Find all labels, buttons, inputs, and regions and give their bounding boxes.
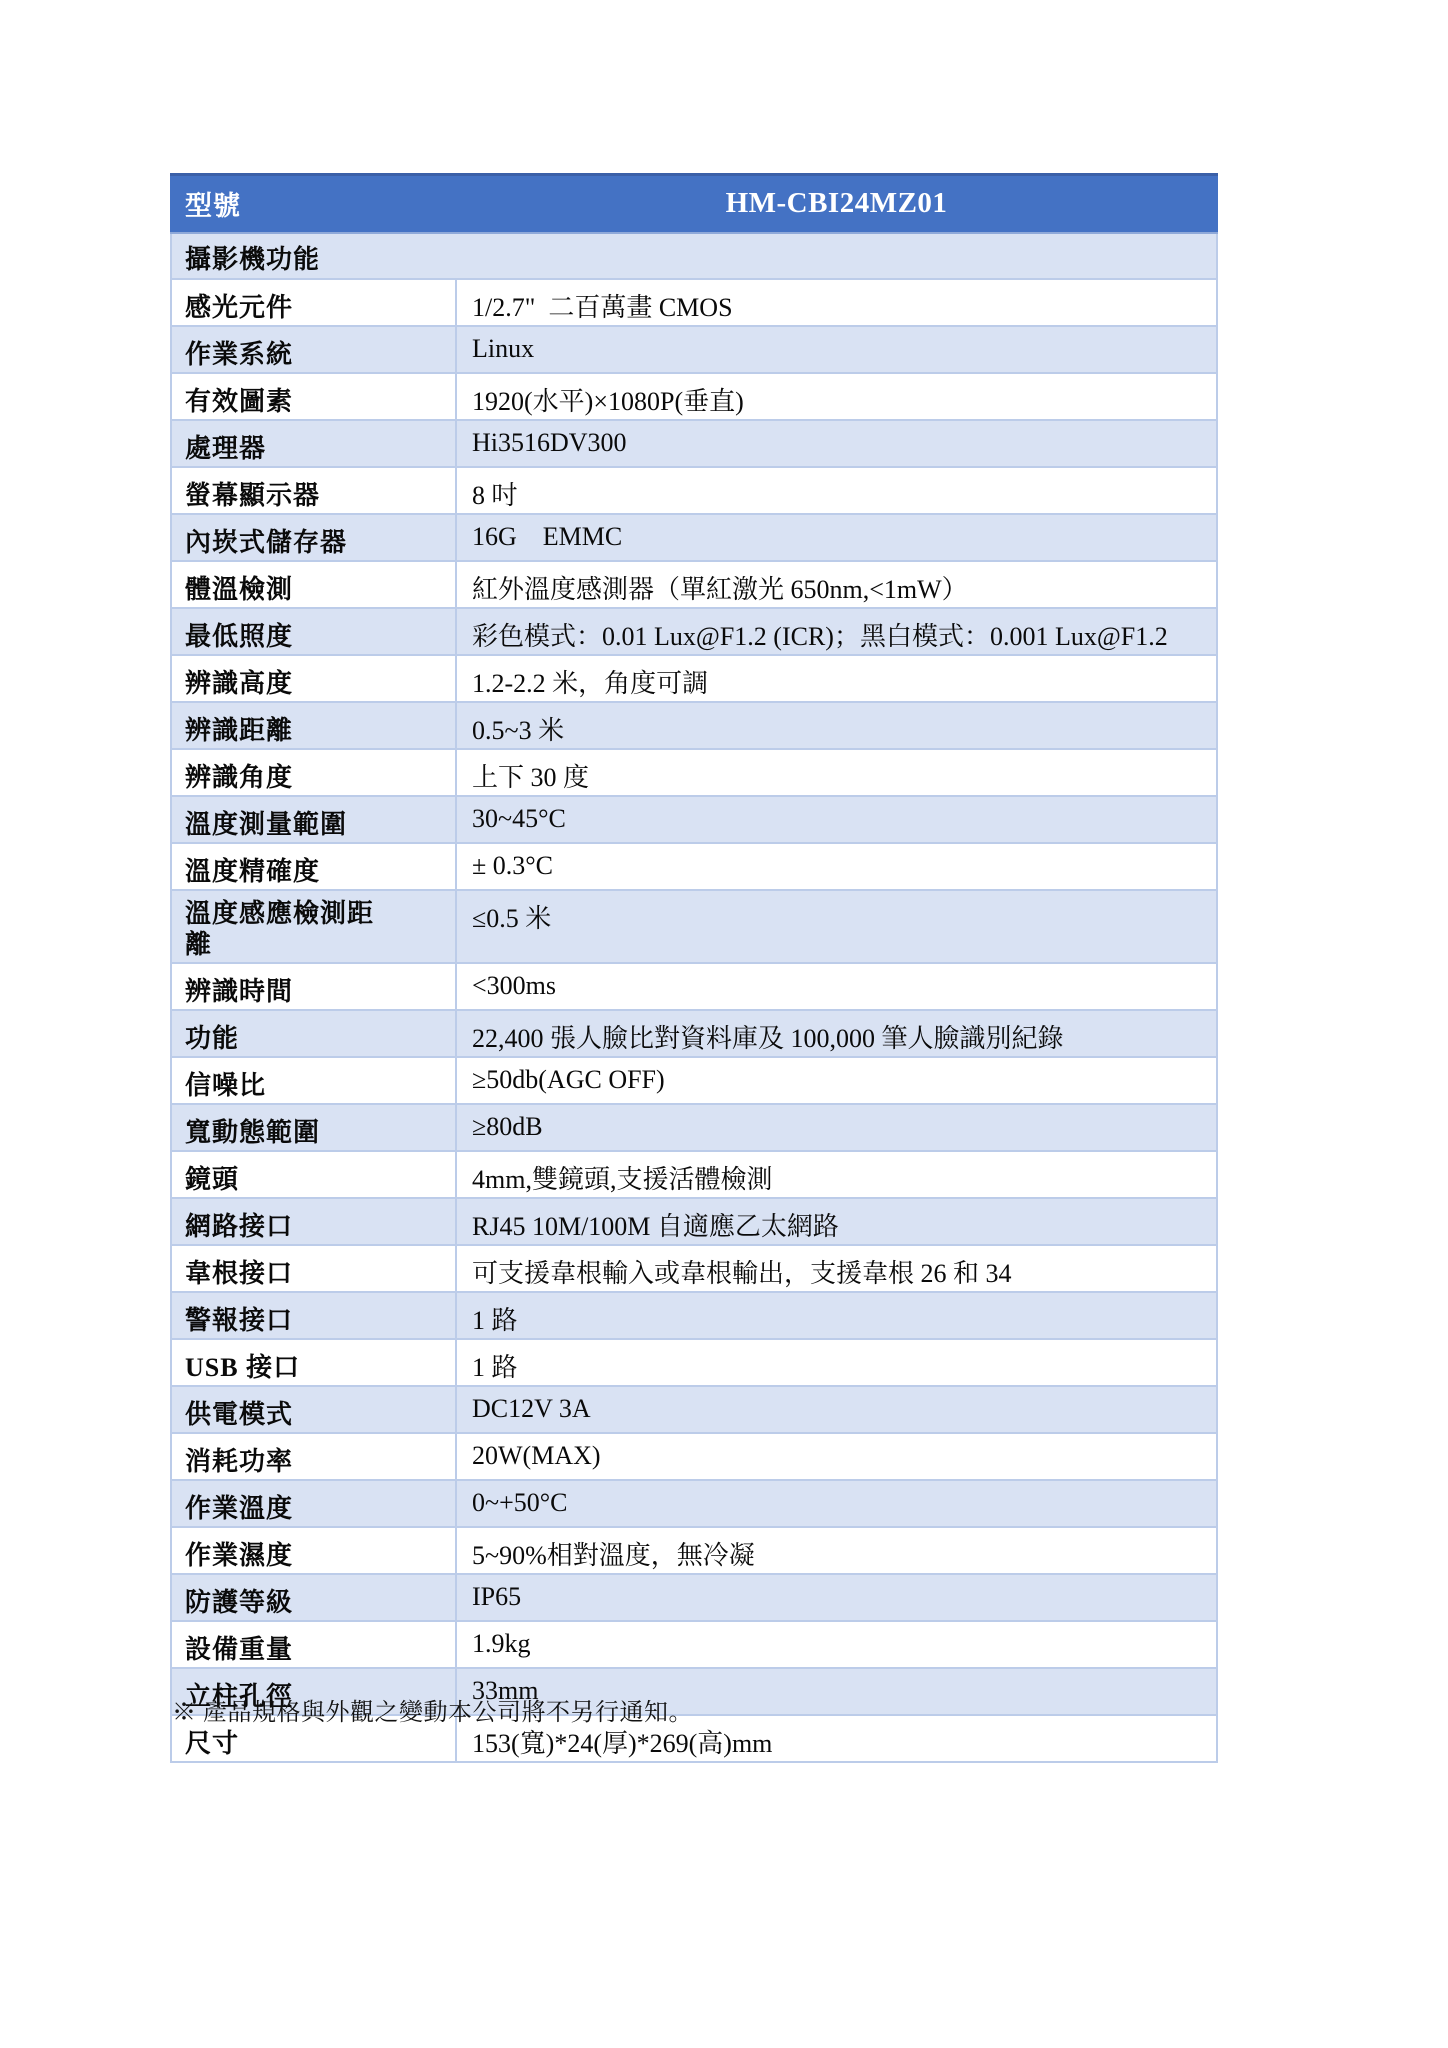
model-header-label: 型號 xyxy=(171,175,456,233)
section-title: 攝影機功能 xyxy=(171,233,1217,279)
spec-value: Linux xyxy=(456,326,1217,373)
spec-row: 最低照度彩色模式：0.01 Lux@F1.2 (ICR)；黑白模式：0.001 … xyxy=(171,608,1217,655)
spec-value: 1920(水平)×1080P(垂直) xyxy=(456,373,1217,420)
spec-value: 16G EMMC xyxy=(456,514,1217,561)
spec-label: 螢幕顯示器 xyxy=(171,467,456,514)
document-page: 型號 HM-CBI24MZ01 攝影機功能 感光元件1/2.7" 二百萬畫 CM… xyxy=(0,0,1448,2048)
spec-label: 作業濕度 xyxy=(171,1527,456,1574)
spec-label: 設備重量 xyxy=(171,1621,456,1668)
spec-label: 體溫檢測 xyxy=(171,561,456,608)
spec-row: 螢幕顯示器8 吋 xyxy=(171,467,1217,514)
spec-table-body: 感光元件1/2.7" 二百萬畫 CMOS作業系統Linux有效圖素1920(水平… xyxy=(171,279,1217,1762)
spec-value: RJ45 10M/100M 自適應乙太網路 xyxy=(456,1198,1217,1245)
spec-row: 信噪比≥50db(AGC OFF) xyxy=(171,1057,1217,1104)
spec-value: 5~90%相對溫度，無冷凝 xyxy=(456,1527,1217,1574)
section-row: 攝影機功能 xyxy=(171,233,1217,279)
spec-table: 型號 HM-CBI24MZ01 攝影機功能 感光元件1/2.7" 二百萬畫 CM… xyxy=(170,173,1218,1763)
spec-label: 警報接口 xyxy=(171,1292,456,1339)
spec-row: 辨識高度1.2-2.2 米，角度可調 xyxy=(171,655,1217,702)
spec-row: 溫度感應檢測距離≤0.5 米 xyxy=(171,890,1217,963)
spec-row: 感光元件1/2.7" 二百萬畫 CMOS xyxy=(171,279,1217,326)
spec-value: 20W(MAX) xyxy=(456,1433,1217,1480)
spec-value: DC12V 3A xyxy=(456,1386,1217,1433)
spec-value: 1 路 xyxy=(456,1292,1217,1339)
spec-row: 體溫檢測紅外溫度感測器（單紅激光 650nm,<1mW） xyxy=(171,561,1217,608)
model-number: HM-CBI24MZ01 xyxy=(456,175,1217,233)
spec-row: 有效圖素1920(水平)×1080P(垂直) xyxy=(171,373,1217,420)
spec-value: 22,400 張人臉比對資料庫及 100,000 筆人臉識別紀錄 xyxy=(456,1010,1217,1057)
spec-label: 韋根接口 xyxy=(171,1245,456,1292)
spec-value: 1/2.7" 二百萬畫 CMOS xyxy=(456,279,1217,326)
spec-value: 1.2-2.2 米，角度可調 xyxy=(456,655,1217,702)
spec-label: 供電模式 xyxy=(171,1386,456,1433)
spec-row: 寬動態範圍≥80dB xyxy=(171,1104,1217,1151)
spec-row: USB 接口1 路 xyxy=(171,1339,1217,1386)
spec-label: 鏡頭 xyxy=(171,1151,456,1198)
spec-row: 消耗功率20W(MAX) xyxy=(171,1433,1217,1480)
spec-row: 功能22,400 張人臉比對資料庫及 100,000 筆人臉識別紀錄 xyxy=(171,1010,1217,1057)
spec-label: 溫度精確度 xyxy=(171,843,456,890)
spec-value: 可支援韋根輸入或韋根輸出，支援韋根 26 和 34 xyxy=(456,1245,1217,1292)
spec-value: 彩色模式：0.01 Lux@F1.2 (ICR)；黑白模式：0.001 Lux@… xyxy=(456,608,1217,655)
spec-value: 紅外溫度感測器（單紅激光 650nm,<1mW） xyxy=(456,561,1217,608)
spec-value: 1 路 xyxy=(456,1339,1217,1386)
spec-value: 0~+50°C xyxy=(456,1480,1217,1527)
spec-value: IP65 xyxy=(456,1574,1217,1621)
spec-label: 辨識高度 xyxy=(171,655,456,702)
spec-label: 消耗功率 xyxy=(171,1433,456,1480)
spec-row: 設備重量1.9kg xyxy=(171,1621,1217,1668)
spec-label: 信噪比 xyxy=(171,1057,456,1104)
spec-row: 內崁式儲存器16G EMMC xyxy=(171,514,1217,561)
spec-row: 處理器Hi3516DV300 xyxy=(171,420,1217,467)
spec-row: 辨識距離0.5~3 米 xyxy=(171,702,1217,749)
spec-value: ≤0.5 米 xyxy=(456,890,1217,963)
table-header-row: 型號 HM-CBI24MZ01 xyxy=(171,175,1217,233)
spec-row: 作業溫度0~+50°C xyxy=(171,1480,1217,1527)
spec-value: 0.5~3 米 xyxy=(456,702,1217,749)
spec-value: 1.9kg xyxy=(456,1621,1217,1668)
spec-row: 溫度精確度± 0.3°C xyxy=(171,843,1217,890)
spec-value: ≥50db(AGC OFF) xyxy=(456,1057,1217,1104)
spec-label: 辨識時間 xyxy=(171,963,456,1010)
spec-row: 韋根接口可支援韋根輸入或韋根輸出，支援韋根 26 和 34 xyxy=(171,1245,1217,1292)
spec-row: 供電模式DC12V 3A xyxy=(171,1386,1217,1433)
spec-label: 功能 xyxy=(171,1010,456,1057)
spec-value: <300ms xyxy=(456,963,1217,1010)
spec-label: 內崁式儲存器 xyxy=(171,514,456,561)
spec-label: 寬動態範圍 xyxy=(171,1104,456,1151)
spec-label: 有效圖素 xyxy=(171,373,456,420)
spec-label: 辨識角度 xyxy=(171,749,456,796)
spec-value: 上下 30 度 xyxy=(456,749,1217,796)
spec-row: 辨識角度上下 30 度 xyxy=(171,749,1217,796)
spec-value: ± 0.3°C xyxy=(456,843,1217,890)
spec-value: ≥80dB xyxy=(456,1104,1217,1151)
spec-value: Hi3516DV300 xyxy=(456,420,1217,467)
spec-row: 溫度測量範圍30~45°C xyxy=(171,796,1217,843)
spec-label-text: 溫度感應檢測距離 xyxy=(185,898,385,961)
spec-row: 防護等級IP65 xyxy=(171,1574,1217,1621)
spec-label: 網路接口 xyxy=(171,1198,456,1245)
spec-row: 警報接口1 路 xyxy=(171,1292,1217,1339)
spec-row: 作業濕度5~90%相對溫度，無冷凝 xyxy=(171,1527,1217,1574)
spec-value: 30~45°C xyxy=(456,796,1217,843)
footnote: ※ 產品規格與外觀之變動本公司將不另行通知。 xyxy=(172,1692,693,1727)
spec-label: 作業系統 xyxy=(171,326,456,373)
spec-label: 處理器 xyxy=(171,420,456,467)
spec-value: 4mm,雙鏡頭,支援活體檢測 xyxy=(456,1151,1217,1198)
spec-label: USB 接口 xyxy=(171,1339,456,1386)
spec-row: 辨識時間<300ms xyxy=(171,963,1217,1010)
spec-row: 鏡頭4mm,雙鏡頭,支援活體檢測 xyxy=(171,1151,1217,1198)
spec-label: 防護等級 xyxy=(171,1574,456,1621)
spec-value: 8 吋 xyxy=(456,467,1217,514)
spec-label: 辨識距離 xyxy=(171,702,456,749)
spec-label: 最低照度 xyxy=(171,608,456,655)
spec-row: 作業系統Linux xyxy=(171,326,1217,373)
spec-label: 溫度感應檢測距離 xyxy=(171,890,456,963)
spec-row: 網路接口RJ45 10M/100M 自適應乙太網路 xyxy=(171,1198,1217,1245)
spec-label: 作業溫度 xyxy=(171,1480,456,1527)
spec-label: 溫度測量範圍 xyxy=(171,796,456,843)
spec-label: 感光元件 xyxy=(171,279,456,326)
